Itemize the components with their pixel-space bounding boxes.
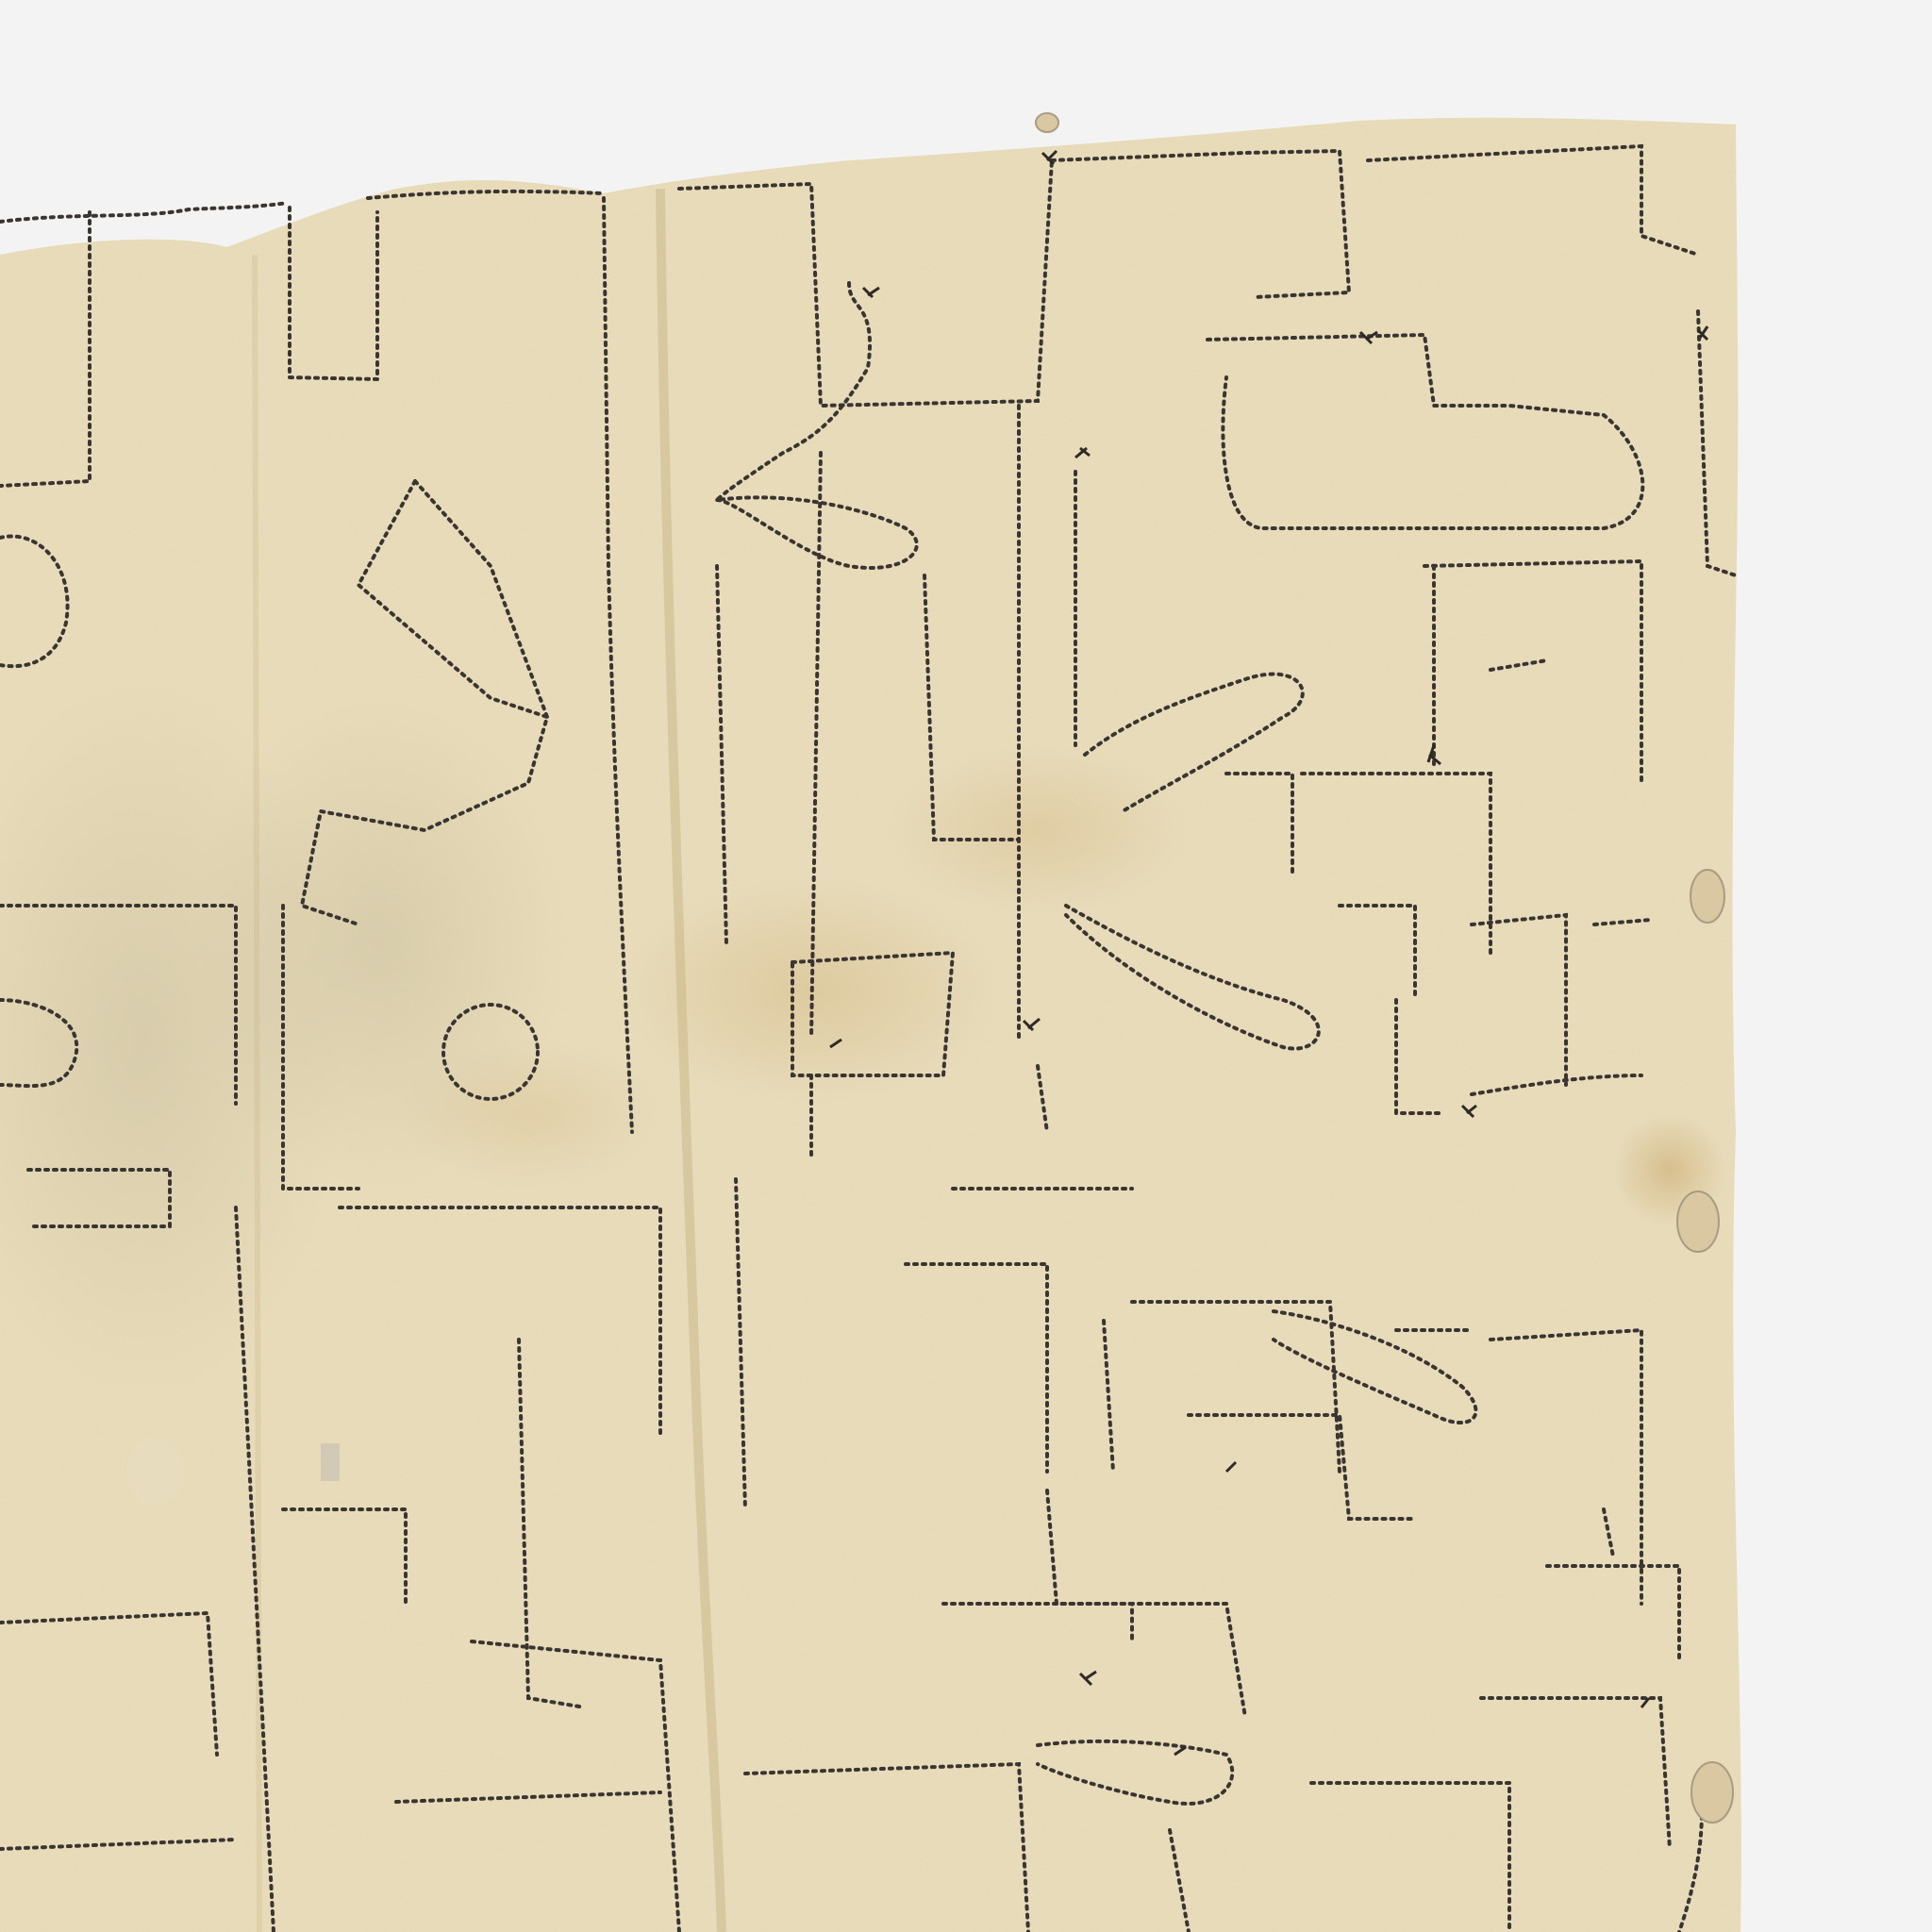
textile-photo [0,0,1932,1932]
worn-patch [1677,1191,1719,1252]
